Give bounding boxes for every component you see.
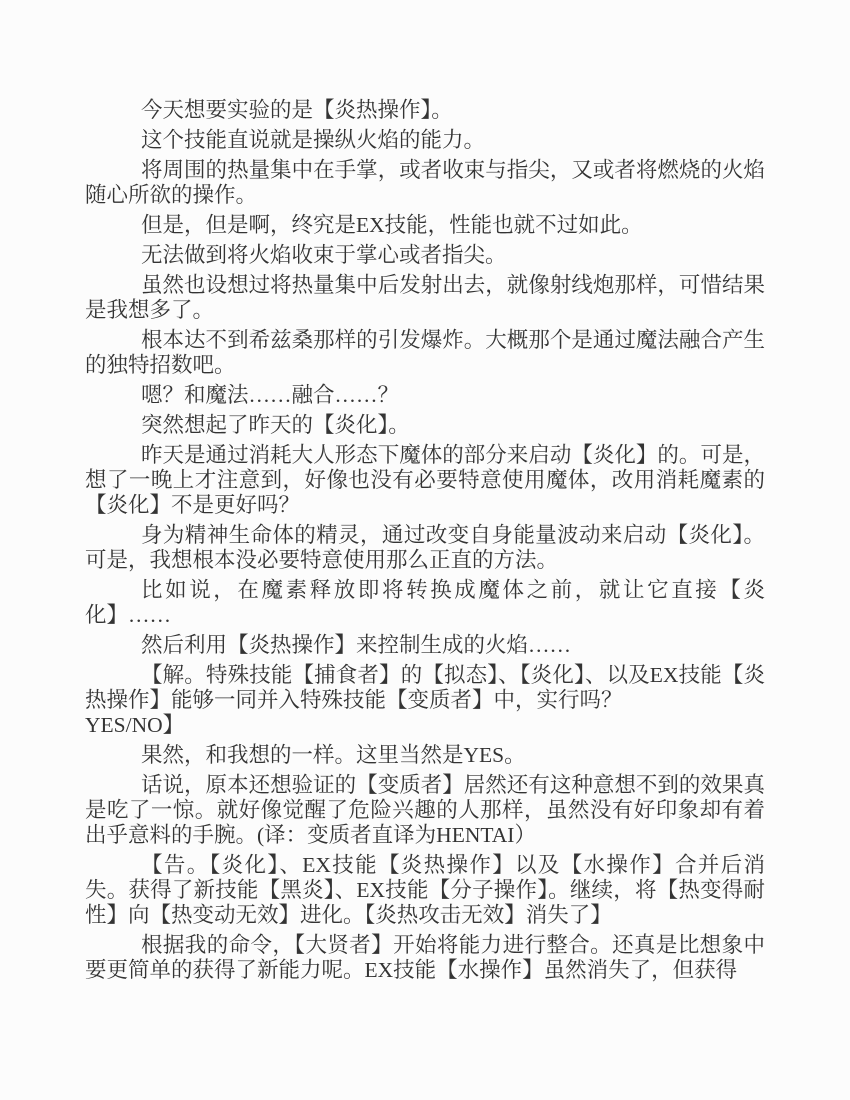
paragraph: 突然想起了昨天的【炎化】。: [85, 413, 765, 438]
paragraph: 身为精神生命体的精灵，通过改变自身能量波动来启动【炎化】。可是，我想根本没必要特…: [85, 523, 765, 573]
paragraph-system-announce: 【告。【炎化】、EX技能【炎热操作】以及【水操作】合并后消失。获得了新技能【黑炎…: [85, 853, 765, 928]
paragraph: 嗯？和魔法……融合……？: [85, 383, 765, 408]
paragraph: 比如说，在魔素释放即将转换成魔体之前，就让它直接【炎化】……: [85, 578, 765, 628]
paragraph: 今天想要实验的是【炎热操作】。: [85, 98, 765, 123]
paragraph: 话说，原本还想验证的【变质者】居然还有这种意想不到的效果真是吃了一惊。就好像觉醒…: [85, 773, 765, 848]
book-page: 今天想要实验的是【炎热操作】。 这个技能直说就是操纵火焰的能力。 将周围的热量集…: [0, 0, 850, 1100]
paragraph: 然后利用【炎热操作】来控制生成的火焰……: [85, 633, 765, 658]
paragraph-system-query: 【解。特殊技能【捕食者】的【拟态】、【炎化】、以及EX技能【炎热操作】能够一同并…: [85, 663, 765, 738]
text-block: 今天想要实验的是【炎热操作】。 这个技能直说就是操纵火焰的能力。 将周围的热量集…: [85, 98, 765, 983]
paragraph: 根本达不到希兹桑那样的引发爆炸。大概那个是通过魔法融合产生的独特招数吧。: [85, 328, 765, 378]
paragraph: 但是，但是啊，终究是EX技能，性能也就不过如此。: [85, 213, 765, 238]
paragraph: 根据我的命令，【大贤者】开始将能力进行整合。还真是比想象中要更简单的获得了新能力…: [85, 933, 765, 983]
paragraph: 这个技能直说就是操纵火焰的能力。: [85, 128, 765, 153]
paragraph: 果然，和我想的一样。这里当然是YES。: [85, 743, 765, 768]
paragraph: 虽然也设想过将热量集中后发射出去，就像射线炮那样，可惜结果是我想多了。: [85, 273, 765, 323]
paragraph: 将周围的热量集中在手掌，或者收束与指尖，又或者将燃烧的火焰随心所欲的操作。: [85, 158, 765, 208]
paragraph: 无法做到将火焰收束于掌心或者指尖。: [85, 243, 765, 268]
paragraph: 昨天是通过消耗大人形态下魔体的部分来启动【炎化】的。可是，想了一晚上才注意到，好…: [85, 443, 765, 518]
